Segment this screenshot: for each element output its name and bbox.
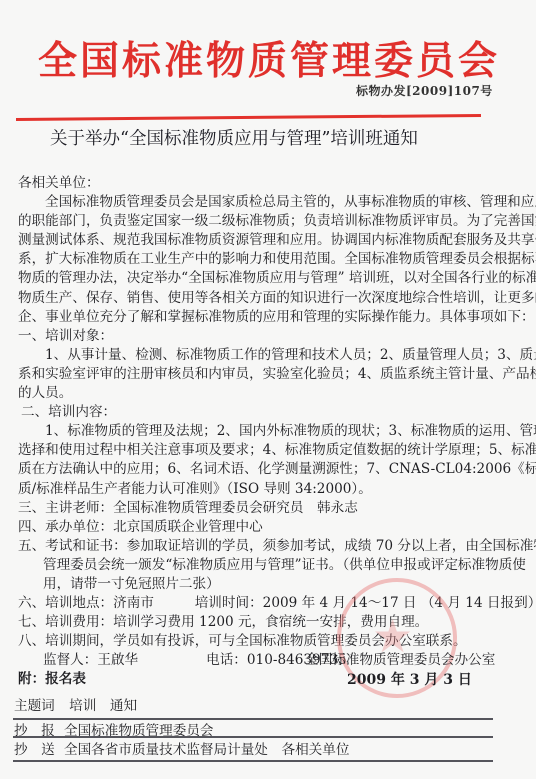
document-title: 关于举办“全国标准物质应用与管理”培训班通知 <box>50 127 418 151</box>
section-heading-content: 二、培训内容： <box>18 403 498 422</box>
section-exam-certificate: 五、考试和证书：参加取证培训的学员，须参加考试，成绩 70 分以上者，由全国标准… <box>18 537 498 556</box>
keywords-value: 培训 通知 <box>69 698 137 714</box>
intro-line: 企、事业单位充分了解和掌握标准物质的应用和管理的实际操作能力。具体事项如下： <box>18 308 498 327</box>
document-body: 各相关单位： 全国标准物质管理委员会是国家质检总局主管的，从事标准物质的审核、管… <box>18 174 498 690</box>
cc-send-value: 全国各省市质量技术监督局计量处 各相关单位 <box>64 742 349 758</box>
intro-line: 系，扩大标准物质在工业生产中的影响力和使用范围。全国标准物质管理委员会根据标准 <box>18 250 498 269</box>
section-fees: 七、培训费用：培训学习费用 1200 元，食宿统一安排，费用自理。 <box>18 613 498 632</box>
intro-line: 物质生产、保存、销售、使用等各相关方面的知识进行一次深度地综合性培训，让更多的 <box>18 289 498 308</box>
issuing-org-title: 全国标准物质管理委员会 <box>38 38 478 84</box>
document-number: 标物办发[2009]107号 <box>356 82 493 99</box>
section-line: 的人员。 <box>18 384 498 403</box>
keywords-label: 主题词 <box>14 698 55 714</box>
signature-org: 全国标准物质管理委员会办公室 <box>305 648 495 668</box>
cc-send-label: 抄 送 <box>14 738 64 758</box>
section-line: 1、从事计量、检测、标准物质工作的管理和技术人员；2、质量管理人员；3、质量体 <box>18 346 498 365</box>
keywords-row: 主题词 培训 通知 <box>14 694 137 714</box>
section-line: 选择和使用过程中相关注意事项及要求；4、标准物质定值数据的统计学原理；5、标准物 <box>18 441 498 460</box>
cc-send-row: 抄 送全国各省市质量技术监督局计量处 各相关单位 <box>14 738 349 758</box>
section-organizer: 四、承办单位：北京国质联企业管理中心 <box>18 518 498 537</box>
section-line: 用，请带一寸免冠照片二张） <box>18 575 498 594</box>
section-line: 质在方法确认中的应用；6、名词术语、化学测量溯源性；7、CNAS-CL04:20… <box>18 460 498 479</box>
red-header-rule <box>16 114 481 121</box>
salutation: 各相关单位： <box>18 174 498 193</box>
section-heading-trainees: 一、培训对象： <box>18 327 498 346</box>
signature-date: 2009 年 3 月 3 日 <box>347 669 472 689</box>
section-line: 质/标准样品生产者能力认可准则》（ISO 导则 34:2000）。 <box>18 480 498 499</box>
intro-line: 的职能部门，负责鉴定国家一级二级标准物质；负责培训标准物质评审员。为了完善国家 <box>18 212 498 231</box>
section-lecturer: 三、主讲老师：全国标准物质管理委员会研究员 韩永志 <box>18 499 498 518</box>
intro-line: 测量测试体系、规范我国标准物质资源管理和应用。协调国内标准物质配套服务及共享体 <box>18 231 498 250</box>
section-line: 1、标准物质的管理及法规；2、国内外标准物质的现状；3、标准物质的运用、管理、 <box>18 422 498 441</box>
footer-rule <box>13 760 493 762</box>
section-line: 系和实验室评审的注册审核员和内审员，实验室化验员；4、质监系统主管计量、产品检验 <box>18 365 498 384</box>
intro-line: 全国标准物质管理委员会是国家质检总局主管的，从事标准物质的审核、管理和应用 <box>18 193 498 212</box>
intro-line: 物质的管理办法，决定举办“全国标准物质应用与管理” 培训班，以对全国各行业的标准 <box>18 269 498 288</box>
section-venue-time: 六、培训地点：济南市 培训时间：2009 年 4 月 14～17 日 （4 月 … <box>18 594 498 613</box>
section-line: 管理委员会统一颁发“标准物质应用与管理”证书。（供单位申报或评定标准物质使 <box>18 556 498 575</box>
